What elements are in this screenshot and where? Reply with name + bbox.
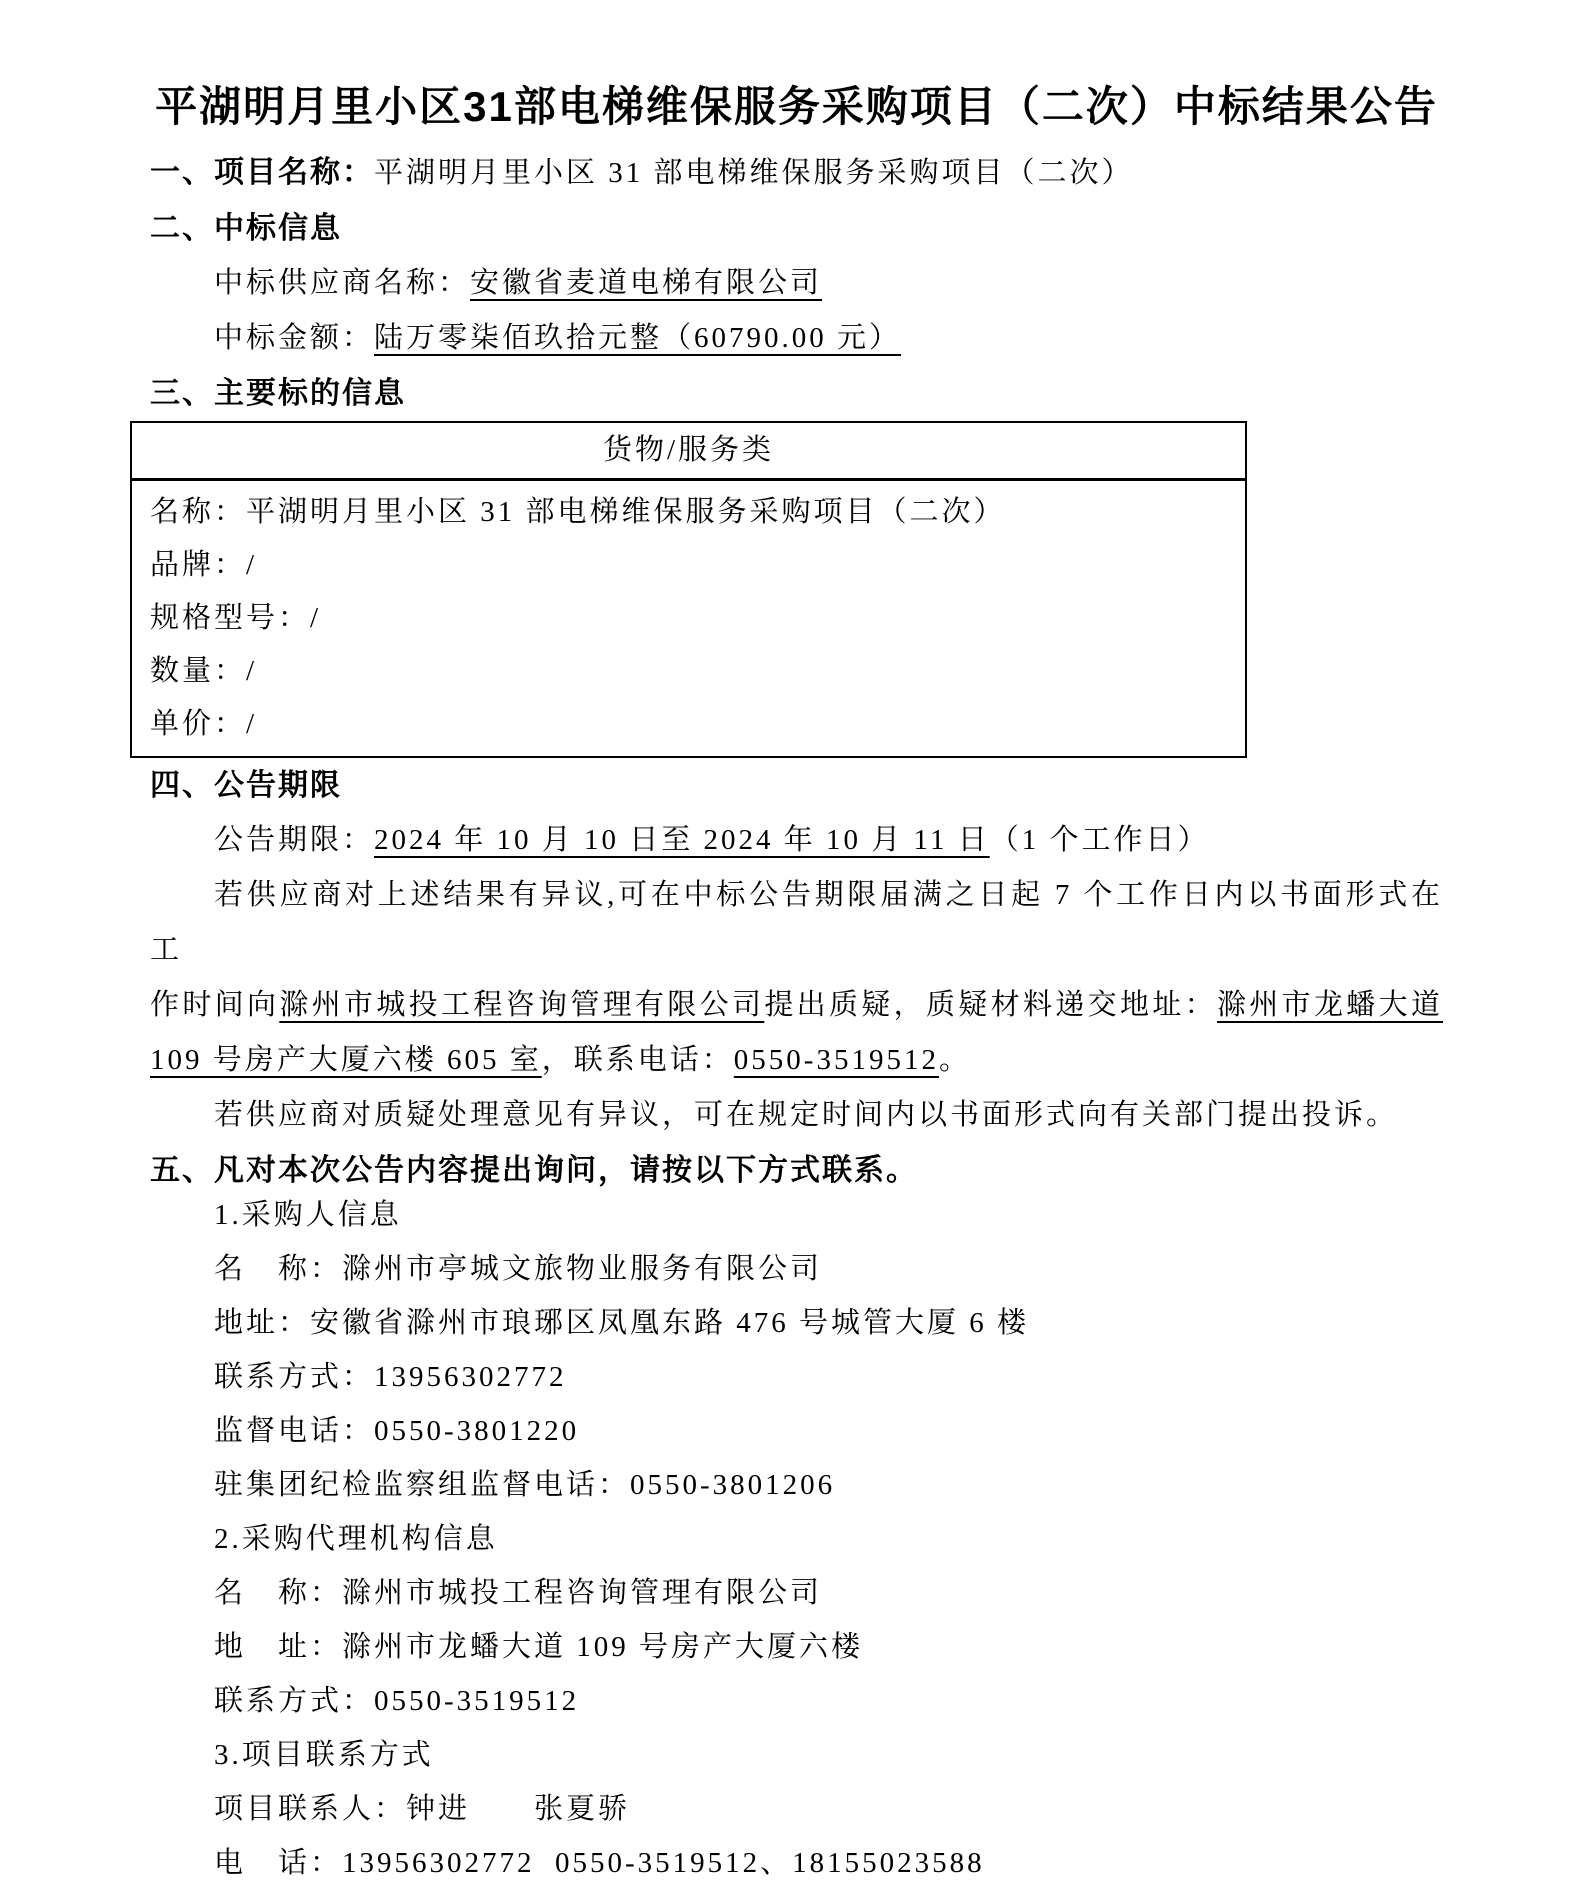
agency-contact-line: 联系方式：0550-3519512 [150,1674,1443,1728]
dispute-line2-text-c: 提出质疑，质疑材料递交地址： [764,989,1217,1021]
page-title: 平湖明月里小区31部电梯维保服务采购项目（二次）中标结果公告 [150,0,1443,130]
winning-amount-label: 中标金额： [214,322,374,354]
project-name-line: 一、项目名称：平湖明月里小区 31 部电梯维保服务采购项目（二次） [150,145,1443,201]
project-contact-person-line: 项目联系人：钟进 张夏骄 [150,1782,1443,1836]
project-contact-subheading: 3.项目联系方式 [150,1728,1443,1782]
agency-name-underlined: 滁州市城投工程咨询管理有限公司 [279,989,764,1021]
winning-amount-line: 中标金额：陆万零柒佰玖拾元整（60790.00 元） [150,311,1443,366]
purchaser-contact-line: 联系方式：13956302772 [150,1350,1443,1404]
table-body: 名称：平湖明月里小区 31 部电梯维保服务采购项目（二次） 品牌：/ 规格型号：… [132,481,1245,756]
winning-amount-value: 陆万零柒佰玖拾元整（60790.00 元） [374,322,901,354]
dispute-paragraph-line1: 若供应商对上述结果有异议,可在中标公告期限届满之日起 7 个工作日内以书面形式在… [150,868,1443,978]
agency-address-line: 地 址：滁州市龙蟠大道 109 号房产大厦六楼 [150,1620,1443,1674]
winning-supplier-value: 安徽省麦道电梯有限公司 [470,267,822,299]
dispute-paragraph-line2: 作时间向滁州市城投工程咨询管理有限公司提出质疑，质疑材料递交地址：滁州市龙蟠大道 [150,978,1443,1033]
period-value: 2024 年 10 月 10 日至 2024 年 10 月 11 日 [374,824,990,856]
table-header-cell: 货物/服务类 [132,423,1245,481]
table-row-spec: 规格型号：/ [132,592,1245,645]
agency-address-underlined-part2: 109 号房产大厦六楼 605 室 [150,1044,542,1076]
project-name-label: 一、项目名称： [150,156,374,189]
dispute-line3-text-b: ，联系电话： [542,1044,734,1076]
period-label: 公告期限： [214,824,374,856]
dispute-line3-text-d: 。 [939,1044,971,1076]
table-row-name: 名称：平湖明月里小区 31 部电梯维保服务采购项目（二次） [132,486,1245,539]
dispute-paragraph-line3: 109 号房产大厦六楼 605 室，联系电话：0550-3519512。 [150,1033,1443,1088]
winning-supplier-label: 中标供应商名称： [214,267,470,299]
subject-info-table: 货物/服务类 名称：平湖明月里小区 31 部电梯维保服务采购项目（二次） 品牌：… [130,421,1247,758]
discipline-supervision-phone-line: 驻集团纪检监察组监督电话：0550-3801206 [150,1458,1443,1512]
table-row-quantity: 数量：/ [132,645,1245,698]
purchaser-address-line: 地址：安徽省滁州市琅琊区凤凰东路 476 号城管大厦 6 楼 [150,1296,1443,1350]
purchaser-name-line: 名 称：滁州市亭城文旅物业服务有限公司 [150,1242,1443,1296]
period-suffix: （1 个工作日） [990,824,1210,856]
complaint-paragraph: 若供应商对质疑处理意见有异议，可在规定时间内以书面形式向有关部门提出投诉。 [150,1088,1443,1143]
table-row-unit-price: 单价：/ [132,698,1245,751]
table-row-brand: 品牌：/ [132,539,1245,592]
contact-info-block: 1.采购人信息 名 称：滁州市亭城文旅物业服务有限公司 地址：安徽省滁州市琅琊区… [150,1188,1443,1890]
supervision-phone-line: 监督电话：0550-3801220 [150,1404,1443,1458]
project-name-value: 平湖明月里小区 31 部电梯维保服务采购项目（二次） [374,157,1134,189]
agency-phone-underlined: 0550-3519512 [734,1044,939,1076]
agency-info-subheading: 2.采购代理机构信息 [150,1512,1443,1566]
agency-name-line: 名 称：滁州市城投工程咨询管理有限公司 [150,1566,1443,1620]
section2-heading: 二、中标信息 [150,201,1443,256]
announcement-period-line: 公告期限：2024 年 10 月 10 日至 2024 年 10 月 11 日（… [150,813,1443,868]
dispute-line2-text-a: 作时间向 [150,989,279,1021]
agency-address-underlined-part1: 滁州市龙蟠大道 [1217,989,1443,1021]
section4-heading: 四、公告期限 [150,758,1443,813]
section3-heading: 三、主要标的信息 [150,366,1443,421]
winning-supplier-line: 中标供应商名称：安徽省麦道电梯有限公司 [150,256,1443,311]
project-contact-phone-line: 电 话：13956302772 0550-3519512、18155023588 [150,1836,1443,1890]
announcement-document: 平湖明月里小区31部电梯维保服务采购项目（二次）中标结果公告 一、项目名称：平湖… [0,0,1587,1901]
